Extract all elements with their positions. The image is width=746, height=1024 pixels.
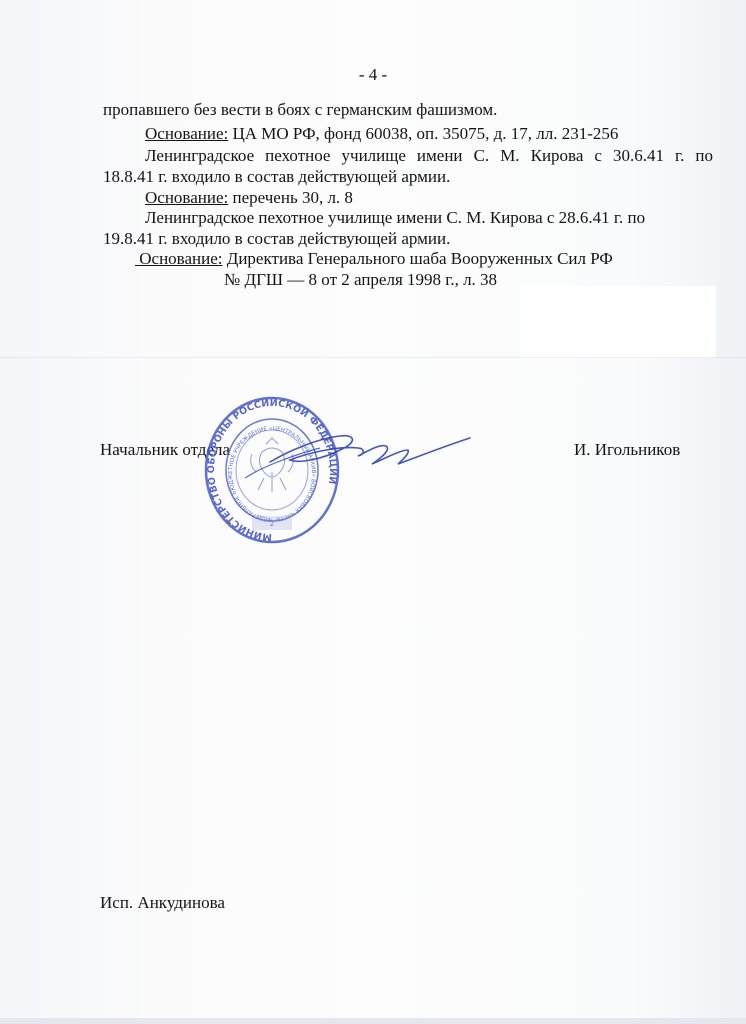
basis-text: Директива Генерального шаба Вооруженных … [222, 249, 612, 268]
basis-2: Основание: перечень 30, л. 8 [145, 188, 353, 208]
executor-name: Исп. Анкудинова [100, 893, 225, 913]
page-number: - 4 - [0, 65, 746, 85]
document-page: - 4 - пропавшего без вести в боях с герм… [0, 0, 746, 1024]
basis-3-line-2: № ДГШ — 8 от 2 апреля 1998 г., л. 38 [224, 270, 497, 290]
basis-text: перечень 30, л. 8 [228, 188, 353, 207]
basis-label: Основание: [145, 124, 228, 143]
paragraph-3-line-1: Ленинградское пехотное училище имени С. … [145, 208, 685, 228]
blank-patch [520, 286, 716, 358]
handwritten-signature-icon [230, 420, 480, 480]
page-edge [0, 1018, 746, 1024]
signatory-name: И. Игольников [574, 440, 680, 460]
paragraph-2-line-1: Ленинградское пехотное училище имени С. … [145, 146, 713, 166]
paragraph-3-line-2: 19.8.41 г. входило в состав действующей … [103, 229, 450, 249]
body-line-1: пропавшего без вести в боях с германским… [103, 100, 497, 120]
basis-3: Основание: Директива Генерального шаба В… [135, 249, 613, 269]
basis-text: ЦА МО РФ, фонд 60038, оп. 35075, д. 17, … [228, 124, 618, 143]
basis-label: Основание: [145, 188, 228, 207]
paragraph-2-line-2: 18.8.41 г. входило в состав действующей … [103, 167, 450, 187]
basis-label: Основание: [135, 249, 222, 268]
paper-fold [0, 357, 746, 358]
basis-1: Основание: ЦА МО РФ, фонд 60038, оп. 350… [145, 124, 618, 144]
